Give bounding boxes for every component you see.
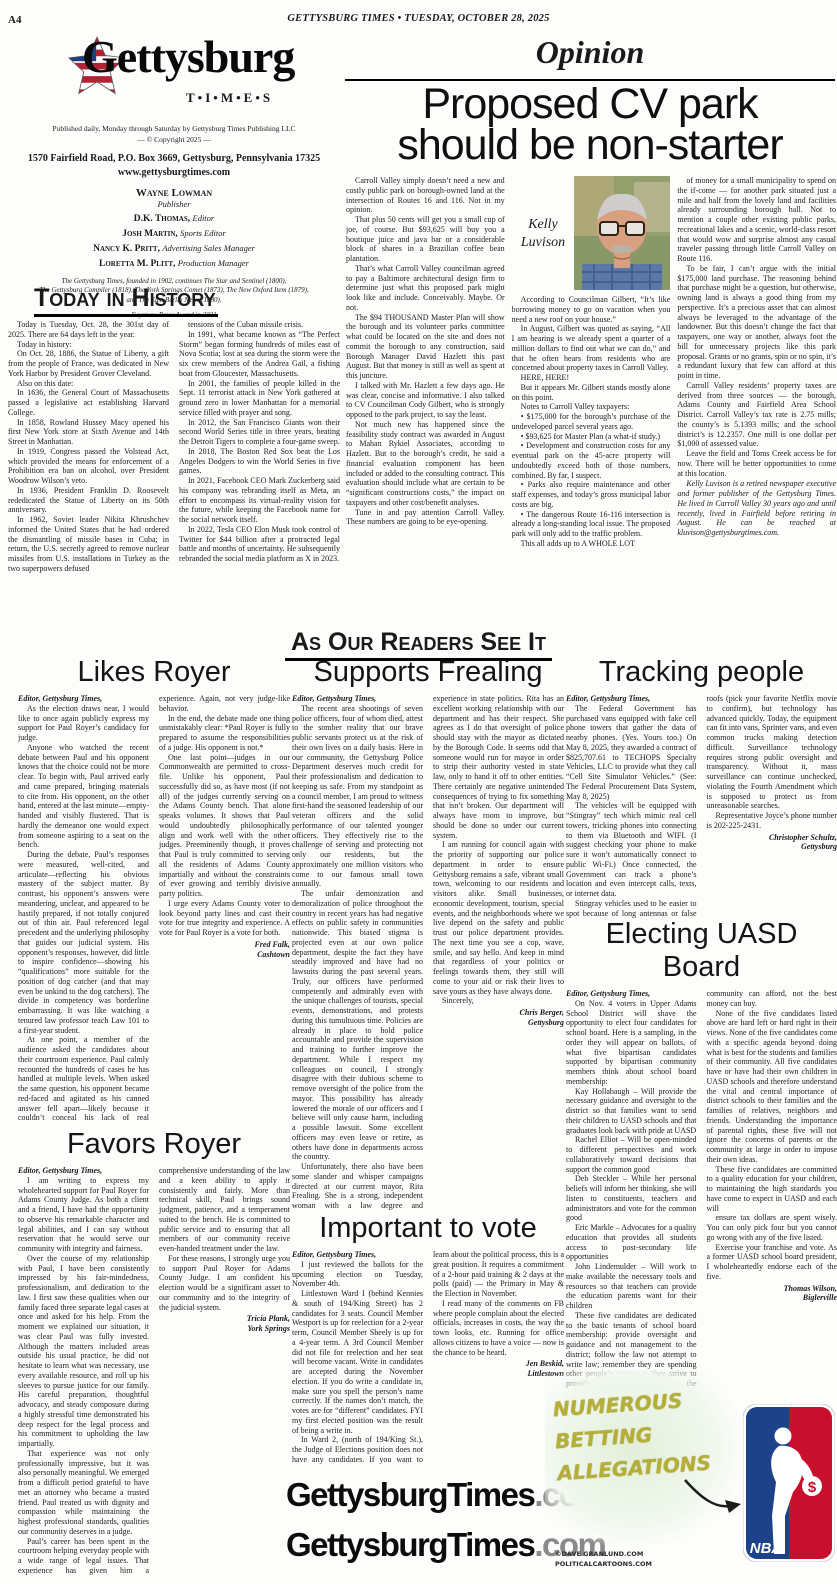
letter-title: Electing UASD Board <box>566 918 837 984</box>
opinion-col2-text: According to Councilman Gilbert, “It’s l… <box>512 295 671 549</box>
paragraph: The recent area shootings of seven polic… <box>292 704 423 889</box>
paragraph: • Parks also require maintenance and oth… <box>512 480 671 509</box>
page-banner: GETTYSBURG TIMES • TUESDAY, OCTOBER 28, … <box>0 13 837 24</box>
paragraph: According to Councilman Gilbert, “It’s l… <box>512 295 671 324</box>
staff-line: Nancy K. Pritt, Advertising Sales Manage… <box>8 243 340 254</box>
paragraph: • Development and construction costs for… <box>512 441 671 480</box>
paragraph: Rachel Elliot – Will be open-minded to d… <box>566 1135 697 1174</box>
staff-line: Josh Martin, Sports Editor <box>8 228 340 239</box>
paragraph: I talked with Mr. Hazlett a few days ago… <box>346 381 505 420</box>
letter-body: Editor, Gettysburg Times, As the electio… <box>18 694 290 1129</box>
website-url: www.gettysburgtimes.com <box>8 167 340 178</box>
paragraph: • $175,000 for the borough’s purchase of… <box>512 412 671 432</box>
letter-salutation: Editor, Gettysburg Times, <box>566 694 697 704</box>
letter-salutation: Editor, Gettysburg Times, <box>566 989 697 999</box>
paragraph: That experience was not only professiona… <box>18 1449 149 1537</box>
paragraph: Notes to Carroll Valley taxpayers: <box>512 402 671 412</box>
paragraph: Exercise your franchise and vote. As a f… <box>707 1243 837 1282</box>
paragraph: • The dangerous Route 16-116 intersectio… <box>512 510 671 539</box>
opinion-section-label: Opinion <box>345 34 835 71</box>
paragraph: On Nov. 4 voters in Upper Adams School D… <box>566 999 697 1087</box>
letter-title: Important to vote <box>292 1212 564 1245</box>
paragraph: Deb Steckler – While her personal belief… <box>566 1174 697 1223</box>
letter-body: Editor, Gettysburg Times, The recent are… <box>292 694 564 1212</box>
paragraph: That’s what Carroll Valley councilman ag… <box>346 264 505 313</box>
paragraph: In 1936, President Franklin D. Roosevelt… <box>8 486 169 515</box>
paragraph: Anyone who watched the recent debate bet… <box>18 743 149 850</box>
paragraph: As the election draws near, I would like… <box>18 704 149 743</box>
paragraph: I read many of the comments on FB where … <box>433 1299 564 1358</box>
today-in-history-body: Today is Tuesday, Oct. 28, the 301st day… <box>8 320 340 638</box>
letter-title: Favors Royer <box>18 1128 290 1161</box>
letter-signature: Christopher Schultz,Gettysburg <box>707 833 837 853</box>
paragraph: Over the course of my relationship with … <box>18 1254 149 1449</box>
byline-name: Kelly Luvison <box>512 176 575 292</box>
copyright-line: — © Copyright 2025 — <box>8 135 340 144</box>
paragraph: The Federal Government has purchased van… <box>566 704 697 802</box>
paragraph: In 1636, the General Court of Massachuse… <box>8 388 169 417</box>
letter-signature: Tricia Plank,York Springs <box>159 1314 290 1334</box>
letter-body: Editor, Gettysburg Times, On Nov. 4 vote… <box>566 989 837 1389</box>
byline-block: Kelly Luvison <box>512 176 671 292</box>
letter-signature: Thomas Wilson,Biglerville <box>707 1284 837 1304</box>
paragraph: Also on this date: <box>8 379 169 389</box>
paragraph: In 1919, Congress passed the Volstead Ac… <box>8 447 169 486</box>
logo-times-wordmark: T•I•M•E•S <box>186 90 273 106</box>
paragraph: But it appears Mr. Gilbert stands mostly… <box>512 383 671 403</box>
letter-salutation: Editor, Gettysburg Times, <box>18 694 149 704</box>
paragraph: HERE, HERE! <box>512 373 671 383</box>
paragraph: Sincerely, <box>433 996 564 1006</box>
columnist-bio: Kelly Luvison is a retired newspaper exe… <box>677 479 836 538</box>
paragraph: I am running for council again with the … <box>433 840 564 996</box>
letter-salutation: Editor, Gettysburg Times, <box>18 1166 149 1176</box>
paragraph: Kay Hollabaugh – Will provide the necess… <box>566 1087 697 1136</box>
paragraph: Carroll Valley residents’ property taxes… <box>677 381 836 449</box>
columnist-portrait-photo <box>574 176 670 290</box>
paragraph: The $94 THOUSAND Master Plan will show t… <box>346 313 505 381</box>
paragraph: Tune in and pay attention Carroll Valley… <box>346 508 505 528</box>
letter-body: Editor, Gettysburg Times, I just reviewe… <box>292 1250 564 1472</box>
paragraph: For these reasons, I strongly urge you t… <box>159 1254 290 1313</box>
letter-favors-royer: Favors Royer Editor, Gettysburg Times, I… <box>18 1128 290 1578</box>
letter-body: Editor, Gettysburg Times, I am writing t… <box>18 1166 290 1578</box>
address-line: 1570 Fairfield Road, P.O. Box 3669, Gett… <box>8 153 340 164</box>
letter-important-to-vote: Important to vote Editor, Gettysburg Tim… <box>292 1212 564 1472</box>
paragraph: Eric Markle – Advocates for a quality ed… <box>566 1223 697 1262</box>
letter-salutation: Editor, Gettysburg Times, <box>292 1250 423 1260</box>
cartoon-arrow-icon <box>683 1472 743 1520</box>
publisher-name: Wayne Lowman <box>8 187 340 199</box>
paragraph: In the end, the debate made one thing un… <box>159 714 290 753</box>
letter-signature: Chris Berger,Gettysburg <box>433 1008 564 1028</box>
paragraph: • $93,625 for Master Plan (a what-if stu… <box>512 432 671 442</box>
nba-label: NBA <box>750 1540 783 1557</box>
letter-supports-frealing: Supports Frealing Editor, Gettysburg Tim… <box>292 656 564 1212</box>
opinion-col3: of money for a small municipality to spe… <box>677 176 836 632</box>
cartoon-credit: ©DAVE GRANLUND.COM POLITICALCARTOONS.COM <box>555 1550 652 1570</box>
paragraph: In 1991, what became known as “The Perfe… <box>179 330 340 379</box>
opinion-col2: Kelly Luvison <box>512 176 671 632</box>
letter-salutation: Editor, Gettysburg Times, <box>292 694 423 704</box>
paragraph: In 1962, Soviet leader Nikita Khrushchev… <box>8 515 169 574</box>
paragraph: In 2018, The Boston Red Sox beat the Los… <box>179 447 340 476</box>
paragraph: In 2022, Tesla CEO Elon Musk took contro… <box>179 525 340 564</box>
staff-line: Loretta M. Plitt, Production Manager <box>8 258 340 269</box>
paragraph: One last point—judges in our Commonwealt… <box>159 753 290 899</box>
paragraph: In August, Gilbert was quoted as saying,… <box>512 324 671 373</box>
paragraph: During the debate, Paul’s responses were… <box>18 850 149 1035</box>
paragraph: John Lindemulder – Will work to make ava… <box>566 1262 697 1311</box>
paragraph: This all adds up to A WHOLE LOT <box>512 539 671 549</box>
paragraph: None of the five candidates listed above… <box>707 1009 837 1165</box>
letter-title: Tracking people <box>566 656 837 689</box>
paragraph: I just reviewed the ballots for the upco… <box>292 1260 423 1289</box>
paragraph: tensions of the Cuban missile crisis. <box>179 320 340 330</box>
letter-tracking-people: Tracking people Editor, Gettysburg Times… <box>566 656 837 922</box>
logo-wordmark: Gettysburg <box>82 30 294 83</box>
publisher-title: Publisher <box>8 199 340 209</box>
paragraph: Leave the field and Toms Creek access be… <box>677 449 836 478</box>
paragraph: Today in history: <box>8 340 169 350</box>
today-in-history-col1: Today is Tuesday, Oct. 28, the 301st day… <box>8 320 169 638</box>
gettysburgtimes-com-logo: GettysburgTimes.com <box>286 1526 566 1564</box>
letter-body: Editor, Gettysburg Times, The Federal Go… <box>566 694 837 922</box>
today-in-history-col2: tensions of the Cuban missile crisis.In … <box>179 320 340 638</box>
paragraph: of money for a small municipality to spe… <box>677 176 836 264</box>
paragraph: In 1858, Rowland Hussey Macy opened his … <box>8 418 169 447</box>
letter-signature: Fred Falk,Cashtown <box>159 940 290 960</box>
paragraph: Today is Tuesday, Oct. 28, the 301st day… <box>8 320 169 340</box>
paragraph: ensure tax dollars are spent wisely. You… <box>707 1213 837 1242</box>
paragraph: I am writing to express my wholehearted … <box>18 1176 149 1254</box>
staff-line: D.K. Thomas, Editor <box>8 213 340 224</box>
letter-electing-uasd-board: Electing UASD Board Editor, Gettysburg T… <box>566 918 837 1389</box>
paragraph: The vehicles will be equipped with “Stin… <box>566 801 697 899</box>
paragraph: Carroll Valley simply doesn’t need a new… <box>346 176 505 215</box>
today-in-history-header: Today in History <box>34 284 218 317</box>
paragraph: Not much new has happened since the feas… <box>346 420 505 508</box>
masthead: Gettysburg T•I•M•E•S Published daily, Mo… <box>8 34 340 319</box>
gettysburgtimes-com-logo: GettysburgTimes.com <box>286 1476 566 1514</box>
paragraph: In 2021, Facebook CEO Mark Zuckerberg sa… <box>179 476 340 525</box>
paragraph: These five candidates are committed to a… <box>707 1165 837 1214</box>
letter-title: Supports Frealing <box>292 656 564 689</box>
paragraph: Representative Joyce’s phone number is 2… <box>707 811 837 831</box>
paragraph: On Oct. 28, 1886, the Statue of Liberty,… <box>8 349 169 378</box>
paragraph: In 2012, the San Francisco Giants won th… <box>179 418 340 447</box>
gettysburg-times-logo: Gettysburg T•I•M•E•S <box>8 34 340 122</box>
published-line: Published daily, Monday through Saturday… <box>8 124 340 133</box>
paragraph: The unfair demonization and demoralizati… <box>292 889 423 1162</box>
opinion-headline: Proposed CV park should be non-starter <box>345 84 835 166</box>
paragraph: I urge every Adams County voter to look … <box>159 899 290 938</box>
nba-logo-parody: $ NBA <box>743 1404 835 1562</box>
newspaper-page: A4 GETTYSBURG TIMES • TUESDAY, OCTOBER 2… <box>0 0 837 1584</box>
editorial-cartoon: NUMEROUS BETTING ALLEGATIONS $ NBA ©DAVE… <box>545 1362 835 1580</box>
letter-title: Likes Royer <box>18 656 290 689</box>
dollar-sign: $ <box>808 1479 817 1496</box>
paragraph: Littlestown Ward I (behind Kennies & sou… <box>292 1289 423 1435</box>
paragraph: To be fair, I can’t argue with the initi… <box>677 264 836 381</box>
paragraph: In 2001, the families of people killed i… <box>179 379 340 418</box>
letter-likes-royer: Likes Royer Editor, Gettysburg Times, As… <box>18 656 290 1129</box>
opinion-col1: Carroll Valley simply doesn’t need a new… <box>346 176 505 632</box>
opinion-article: Carroll Valley simply doesn’t need a new… <box>346 176 836 632</box>
paragraph: That plus 50 cents will get you a small … <box>346 215 505 264</box>
